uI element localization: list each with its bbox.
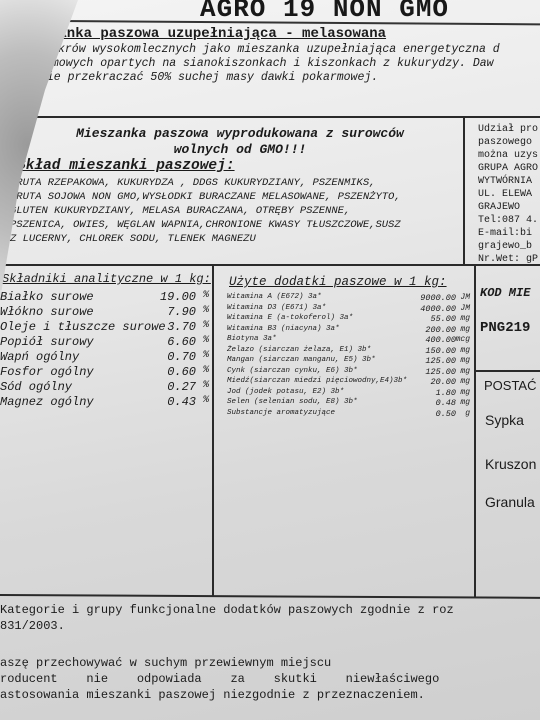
description-line: nie przekraczać 50% suchej masy dawki po… xyxy=(40,71,378,84)
additive-unit: JM xyxy=(460,304,470,313)
form-option: Kruszon xyxy=(485,456,536,472)
additive-name: Biotyna 3a* xyxy=(227,335,277,343)
additive-unit: mg xyxy=(460,367,470,376)
additive-row: Witamina B3 (niacyna) 3a*200.00mg xyxy=(227,325,470,336)
nutrient-name: Fosfor ogólny xyxy=(0,365,94,379)
additive-row: Witamina A (E672) 3a*9000.00JM xyxy=(227,293,470,304)
column-divider-1 xyxy=(212,264,214,596)
additive-row: Substancje aromatyzujące0.50g xyxy=(227,409,470,420)
title-rule xyxy=(60,20,540,25)
analytical-row: Sód ogólny0.27% xyxy=(0,380,212,395)
nutrient-value: 0.60 xyxy=(167,365,196,379)
table-border-middle xyxy=(0,264,540,266)
footer-line: Kategorie i grupy funkcjonalne dodatków … xyxy=(0,603,454,617)
nutrient-unit: % xyxy=(203,350,209,361)
additive-name: Cynk (siarczan cynku, E6) 3b* xyxy=(227,367,358,375)
nutrient-unit: % xyxy=(203,305,209,316)
analytical-row: Fosfor ogólny0.60% xyxy=(0,365,212,380)
additive-name: Selen (selenian sodu, E8) 3b* xyxy=(227,398,358,406)
form-option: Granula xyxy=(485,494,535,510)
additive-unit: mg xyxy=(460,388,470,397)
additives-heading: Użyte dodatki paszowe w 1 kg: xyxy=(229,275,447,289)
additive-value: 150.00 xyxy=(425,346,456,356)
nutrient-name: Białko surowe xyxy=(0,290,94,304)
form-option: Sypka xyxy=(485,412,524,428)
gmo-notice-line: wolnych od GMO!!! xyxy=(40,142,440,158)
nutrient-unit: % xyxy=(203,290,209,301)
additive-row: Biotyna 3a*400.00mcg xyxy=(227,335,470,346)
nutrient-value: 19.00 xyxy=(160,290,196,304)
table-border-bottom xyxy=(0,594,540,599)
gmo-notice: Mieszanka paszowa wyprodukowana z surowc… xyxy=(40,126,440,158)
additive-name: Mangan (siarczan manganu, E5) 3b* xyxy=(227,356,376,364)
additive-row: Selen (selenian sodu, E8) 3b*0.48mg xyxy=(227,398,470,409)
additive-name: Witamina D3 (E671) 3a* xyxy=(227,304,326,312)
additive-value: 400.00 xyxy=(425,335,456,345)
analytical-row: Oleje i tłuszcze surowe3.70% xyxy=(0,320,212,335)
nutrient-unit: % xyxy=(203,335,209,346)
analytical-row: Wapń ogólny0.70% xyxy=(0,350,212,365)
additive-value: 55.00 xyxy=(430,314,456,324)
gmo-notice-line: Mieszanka paszowa wyprodukowana z surowc… xyxy=(40,126,440,142)
nutrient-value: 0.27 xyxy=(167,380,196,394)
additive-name: Witamina A (E672) 3a* xyxy=(227,293,322,301)
nutrient-unit: % xyxy=(203,395,209,406)
additive-unit: mg xyxy=(460,346,470,355)
additive-value: 125.00 xyxy=(425,367,456,377)
nutrient-name: Popiół surowy xyxy=(0,335,94,349)
nutrient-value: 0.43 xyxy=(167,395,196,409)
additive-name: Żelazo (siarczan żelaza, E1) 3b* xyxy=(227,346,371,354)
nutrient-name: Magnez ogólny xyxy=(0,395,94,409)
analytical-row: Włókno surowe7.90% xyxy=(0,305,212,320)
column-divider-2 xyxy=(474,264,476,598)
additive-value: 1.80 xyxy=(436,388,456,398)
additive-unit: mg xyxy=(460,325,470,334)
footer-line: aszę przechowywać w suchym przewiewnym m… xyxy=(0,656,331,670)
code-divider xyxy=(474,370,540,372)
additive-row: Miedź(siarczan miedzi pięciowodny,E4)3b*… xyxy=(227,377,470,388)
additive-name: Substancje aromatyzujące xyxy=(227,409,335,417)
composition-heading: Skład mieszanki paszowej: xyxy=(17,158,235,174)
additive-unit: mg xyxy=(460,398,470,407)
additive-value: 0.48 xyxy=(436,398,456,408)
composition-text: ŚRUTA RZEPAKOWA, KUKURYDZA , DDGS KUKURY… xyxy=(10,176,450,246)
additive-name: Witamina B3 (niacyna) 3a* xyxy=(227,325,340,333)
additive-unit: mg xyxy=(460,356,470,365)
additive-value: 9000.00 xyxy=(420,293,456,303)
additive-unit: mg xyxy=(460,377,470,386)
additive-value: 4000.00 xyxy=(420,304,456,314)
nutrient-value: 3.70 xyxy=(167,320,196,334)
form-label: POSTAĆ xyxy=(484,378,537,393)
additive-row: Cynk (siarczan cynku, E6) 3b*125.00mg xyxy=(227,367,470,378)
additive-unit: mg xyxy=(460,314,470,323)
nutrient-value: 7.90 xyxy=(167,305,196,319)
nutrient-value: 6.60 xyxy=(167,335,196,349)
additive-value: 200.00 xyxy=(425,325,456,335)
code-label: KOD MIE xyxy=(480,286,530,300)
nutrient-unit: % xyxy=(203,380,209,391)
product-subtitle: zanka paszowa uzupełniająca - melasowana xyxy=(50,26,386,42)
additive-row: Witamina E (a-tokoferol) 3a*55.00mg xyxy=(227,314,470,325)
nutrient-unit: % xyxy=(203,320,209,331)
footer-line: roducent nie odpowiada za skutki niewłaś… xyxy=(0,672,439,686)
nutrient-name: Wapń ogólny xyxy=(0,350,79,364)
analytical-row: Popiół surowy6.60% xyxy=(0,335,212,350)
additive-name: Jod (jodek potasu, E2) 3b* xyxy=(227,388,344,396)
analytical-row: Magnez ogólny0.43% xyxy=(0,395,212,410)
additive-name: Miedź(siarczan miedzi pięciowodny,E4)3b* xyxy=(227,377,407,385)
code-value: PNG219 xyxy=(480,320,530,336)
additive-unit: g xyxy=(465,409,470,418)
nutrient-value: 0.70 xyxy=(167,350,196,364)
analytical-row: Białko surowe19.00% xyxy=(0,290,212,305)
additive-value: 20.00 xyxy=(430,377,456,387)
nutrient-name: Włókno surowe xyxy=(0,305,94,319)
manufacturer-contact: Udział pro paszowego można uzys GRUPA AG… xyxy=(478,123,540,266)
additive-row: Witamina D3 (E671) 3a*4000.00JM xyxy=(227,304,470,315)
analytical-heading: Składniki analityczne w 1 kg: xyxy=(2,272,211,286)
footer-line: 831/2003. xyxy=(0,619,65,633)
additive-name: Witamina E (a-tokoferol) 3a* xyxy=(227,314,353,322)
additive-unit: JM xyxy=(460,293,470,302)
additive-row: Mangan (siarczan manganu, E5) 3b*125.00m… xyxy=(227,356,470,367)
additive-value: 0.50 xyxy=(436,409,456,419)
nutrient-name: Sód ogólny xyxy=(0,380,72,394)
feed-label-sheet: AGRO 19 NON GMO zanka paszowa uzupełniaj… xyxy=(0,0,540,720)
additive-row: Jod (jodek potasu, E2) 3b*1.80mg xyxy=(227,388,470,399)
footer-line: astosowania mieszanki paszowej niezgodni… xyxy=(0,688,425,702)
description-line: krów wysokomlecznych jako mieszanka uzup… xyxy=(58,43,500,56)
description-line: rmowych opartych na sianokiszonkach i ki… xyxy=(45,57,494,70)
additive-unit: mcg xyxy=(456,335,470,344)
contact-divider xyxy=(463,116,465,264)
nutrient-unit: % xyxy=(203,365,209,376)
additive-row: Żelazo (siarczan żelaza, E1) 3b*150.00mg xyxy=(227,346,470,357)
additive-value: 125.00 xyxy=(425,356,456,366)
nutrient-name: Oleje i tłuszcze surowe xyxy=(0,320,166,334)
